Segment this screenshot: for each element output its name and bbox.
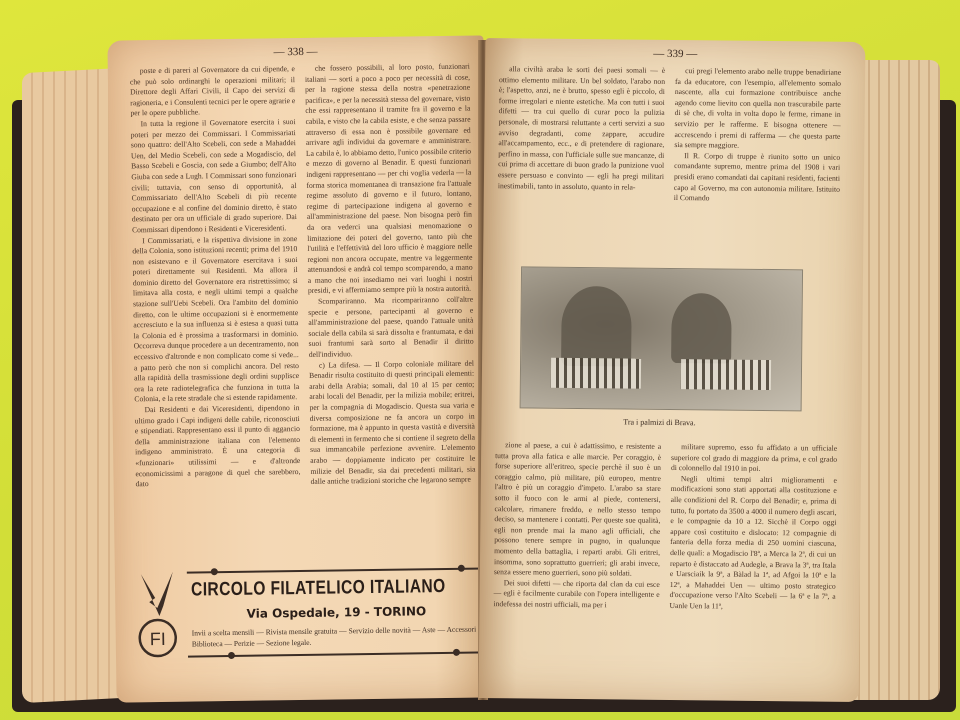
paragraph: militare supremo, esso fu affidato a un …	[671, 442, 837, 476]
ornament-dot	[453, 649, 460, 656]
circolo-filatelico-advertisement: FI CIRCOLO FILATELICO ITALIANO Via Osped…	[135, 563, 486, 664]
photo-caption: Tra i palmizi di Brava.	[519, 416, 799, 428]
eagle-fi-logo-icon: FI	[135, 568, 180, 665]
paragraph: In tutta la regione il Governatore eserc…	[130, 117, 297, 236]
ornament-dot	[458, 565, 465, 572]
paragraph: cui pregi l'elemento arabo nelle truppe …	[674, 66, 841, 152]
crowd	[551, 358, 641, 389]
page-number-left: — 338 —	[108, 43, 484, 60]
paragraph: Dai Residenti e dai Viceresidenti, dipen…	[134, 403, 300, 490]
ad-services: Invii a scelta mensili — Rivista mensile…	[192, 623, 486, 649]
left-column-2: che fossero possibili, al loro posto, fu…	[305, 62, 476, 488]
ad-title: CIRCOLO FILATELICO ITALIANO	[191, 576, 432, 601]
right-lower-column-2: militare supremo, esso fu affidato a un …	[669, 442, 837, 613]
right-page: — 339 — alla civiltà araba le sorti dei …	[479, 38, 866, 702]
palm-tree	[671, 293, 732, 364]
ornament-dot	[211, 568, 218, 575]
page-number-right: — 339 —	[485, 46, 865, 62]
crowd	[681, 359, 771, 390]
paragraph: poste e di pareri al Governatore da cui …	[130, 64, 296, 119]
ornament-dot	[228, 652, 235, 659]
paragraph: Scompariranno. Ma ricompariranno coll'al…	[308, 295, 474, 361]
left-page: — 338 — poste e di pareri al Governatore…	[107, 35, 492, 702]
paragraph: alla civiltà araba le sorti dei paesi so…	[498, 64, 665, 193]
paragraph: Negli ultimi tempi altri miglioramenti e…	[669, 474, 836, 613]
right-column-2: cui pregi l'elemento arabo nelle truppe …	[674, 66, 841, 205]
ad-address: Via Ospedale, 19 - TORINO	[187, 603, 485, 621]
paragraph: Il R. Corpo di truppe è riunito sotto un…	[674, 151, 841, 206]
paragraph: I Commissariati, e la rispettiva divisio…	[132, 234, 299, 406]
right-lower-column-1: zione al paese, a cui è adattissimo, e r…	[493, 440, 661, 611]
ornament-rule	[187, 567, 485, 573]
paragraph: c) La difesa. — Il Corpo coloniale milit…	[309, 358, 476, 487]
svg-text:FI: FI	[150, 629, 166, 649]
left-column-1: poste e di pareri al Governatore da cui …	[130, 64, 301, 490]
palm-trees-photograph	[520, 266, 803, 411]
right-column-1: alla civiltà araba le sorti dei paesi so…	[498, 64, 665, 203]
paragraph: zione al paese, a cui è adattissimo, e r…	[494, 440, 661, 579]
paragraph: che fossero possibili, al loro posto, fu…	[305, 62, 473, 297]
palm-tree	[561, 286, 632, 367]
paragraph: Dei suoi difetti — che riporta dal clan …	[493, 578, 659, 612]
